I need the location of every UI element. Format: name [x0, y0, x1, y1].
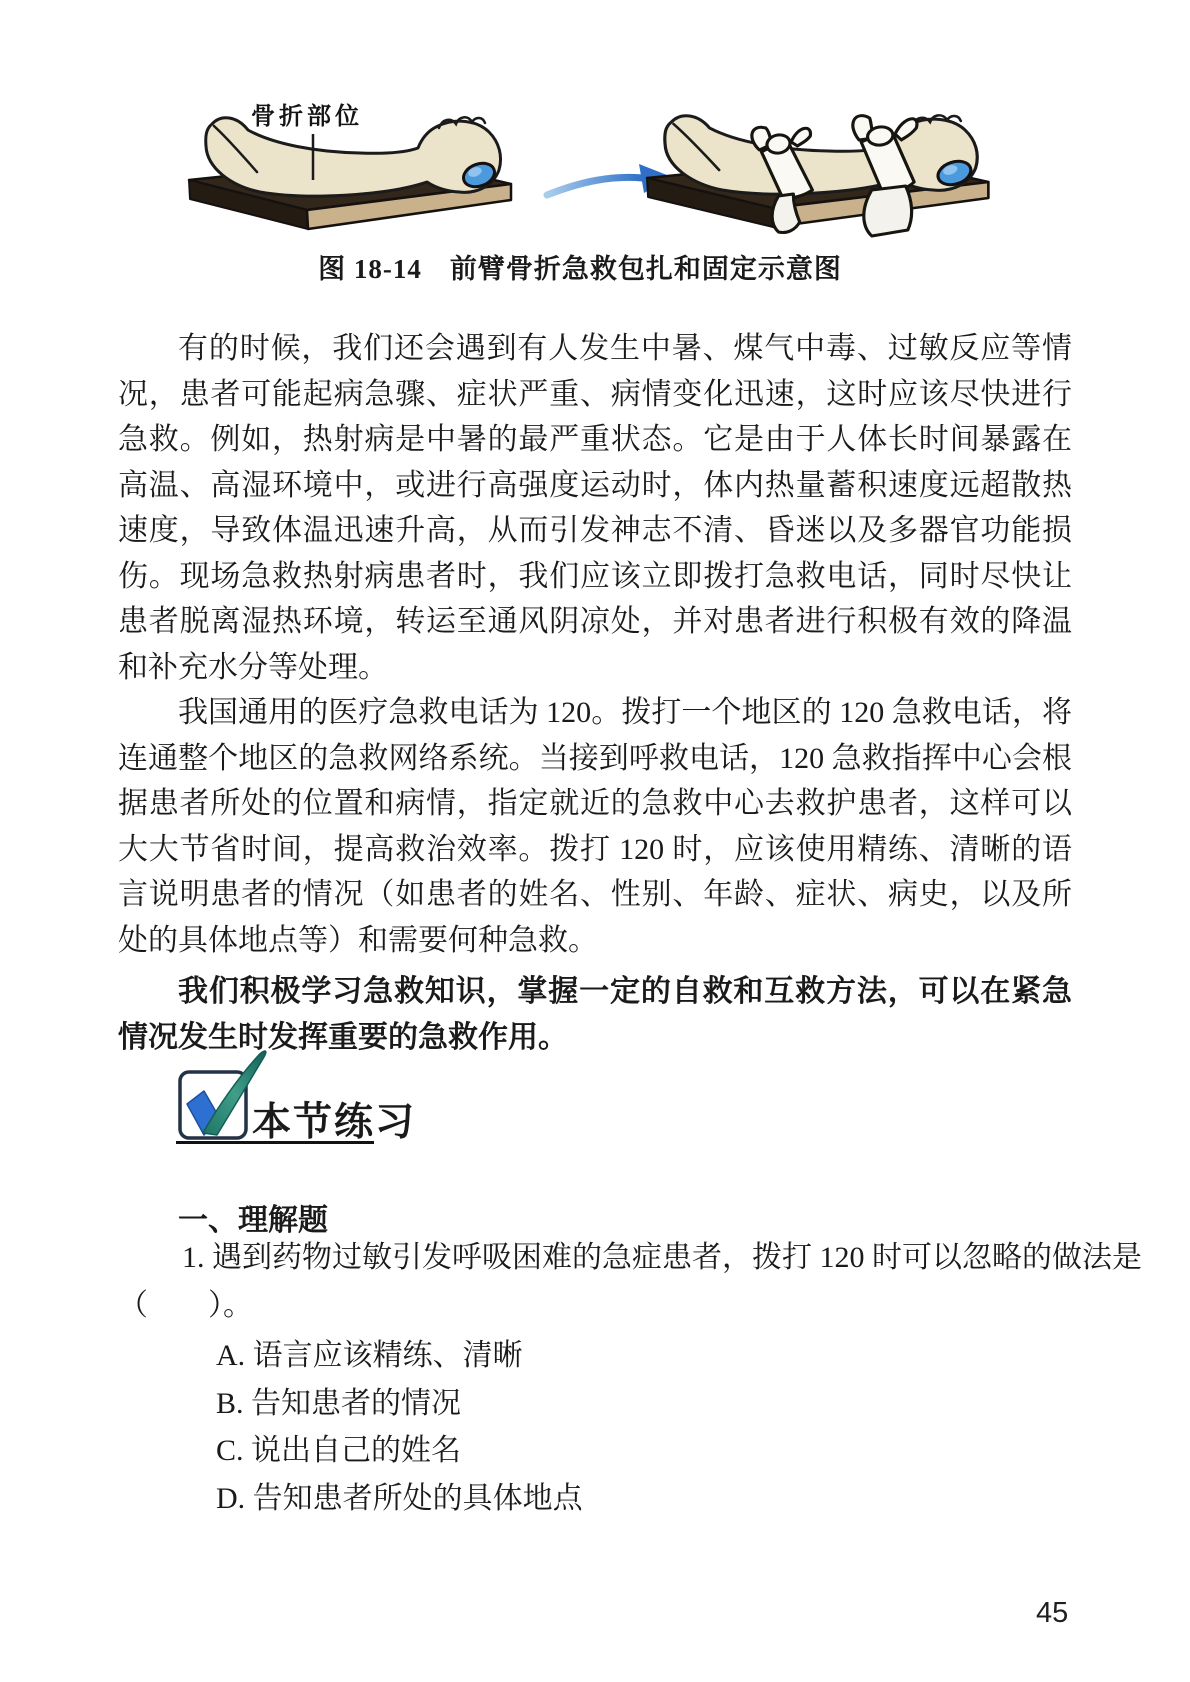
arm-on-splint-drawing [189, 117, 511, 229]
option-a: A. 语言应该精练、清晰 [216, 1332, 583, 1380]
fracture-callout-label: 骨折部位 [251, 102, 363, 130]
option-d: D. 告知患者所处的具体地点 [216, 1475, 583, 1523]
paragraph-emergency-120: 我国通用的医疗急救电话为 120。拨打一个地区的 120 急救电话，将连通整个地… [118, 690, 1072, 963]
question-1-text: 1. 遇到药物过敏引发呼吸困难的急症患者，拨打 120 时可以忽略的做法是 [118, 1232, 1162, 1276]
page-number: 45 [1036, 1597, 1068, 1630]
figure-caption: 图 18-14 前臂骨折急救包扎和固定示意图 [110, 247, 1050, 286]
practice-title-underline [176, 1141, 374, 1144]
practice-section-title: 本节练习 [252, 1091, 416, 1147]
question-1-options: A. 语言应该精练、清晰 B. 告知患者的情况 C. 说出自己的姓名 D. 告知… [216, 1332, 583, 1522]
question-1-answer-blank: （ ）。 [118, 1280, 253, 1324]
figure-18-14-illustration: 骨折部位 [155, 82, 1025, 237]
option-b: B. 告知患者的情况 [216, 1380, 583, 1428]
paragraph-heatstroke: 有的时候，我们还会遇到有人发生中暑、煤气中毒、过敏反应等情况，患者可能起病急骤、… [118, 326, 1072, 690]
option-c: C. 说出自己的姓名 [216, 1427, 583, 1475]
bandaged-arm-group [647, 115, 988, 236]
body-text: 有的时候，我们还会遇到有人发生中暑、煤气中毒、过敏反应等情况，患者可能起病急骤、… [118, 326, 1072, 1060]
textbook-page: 骨折部位 图 18 [0, 0, 1190, 1682]
